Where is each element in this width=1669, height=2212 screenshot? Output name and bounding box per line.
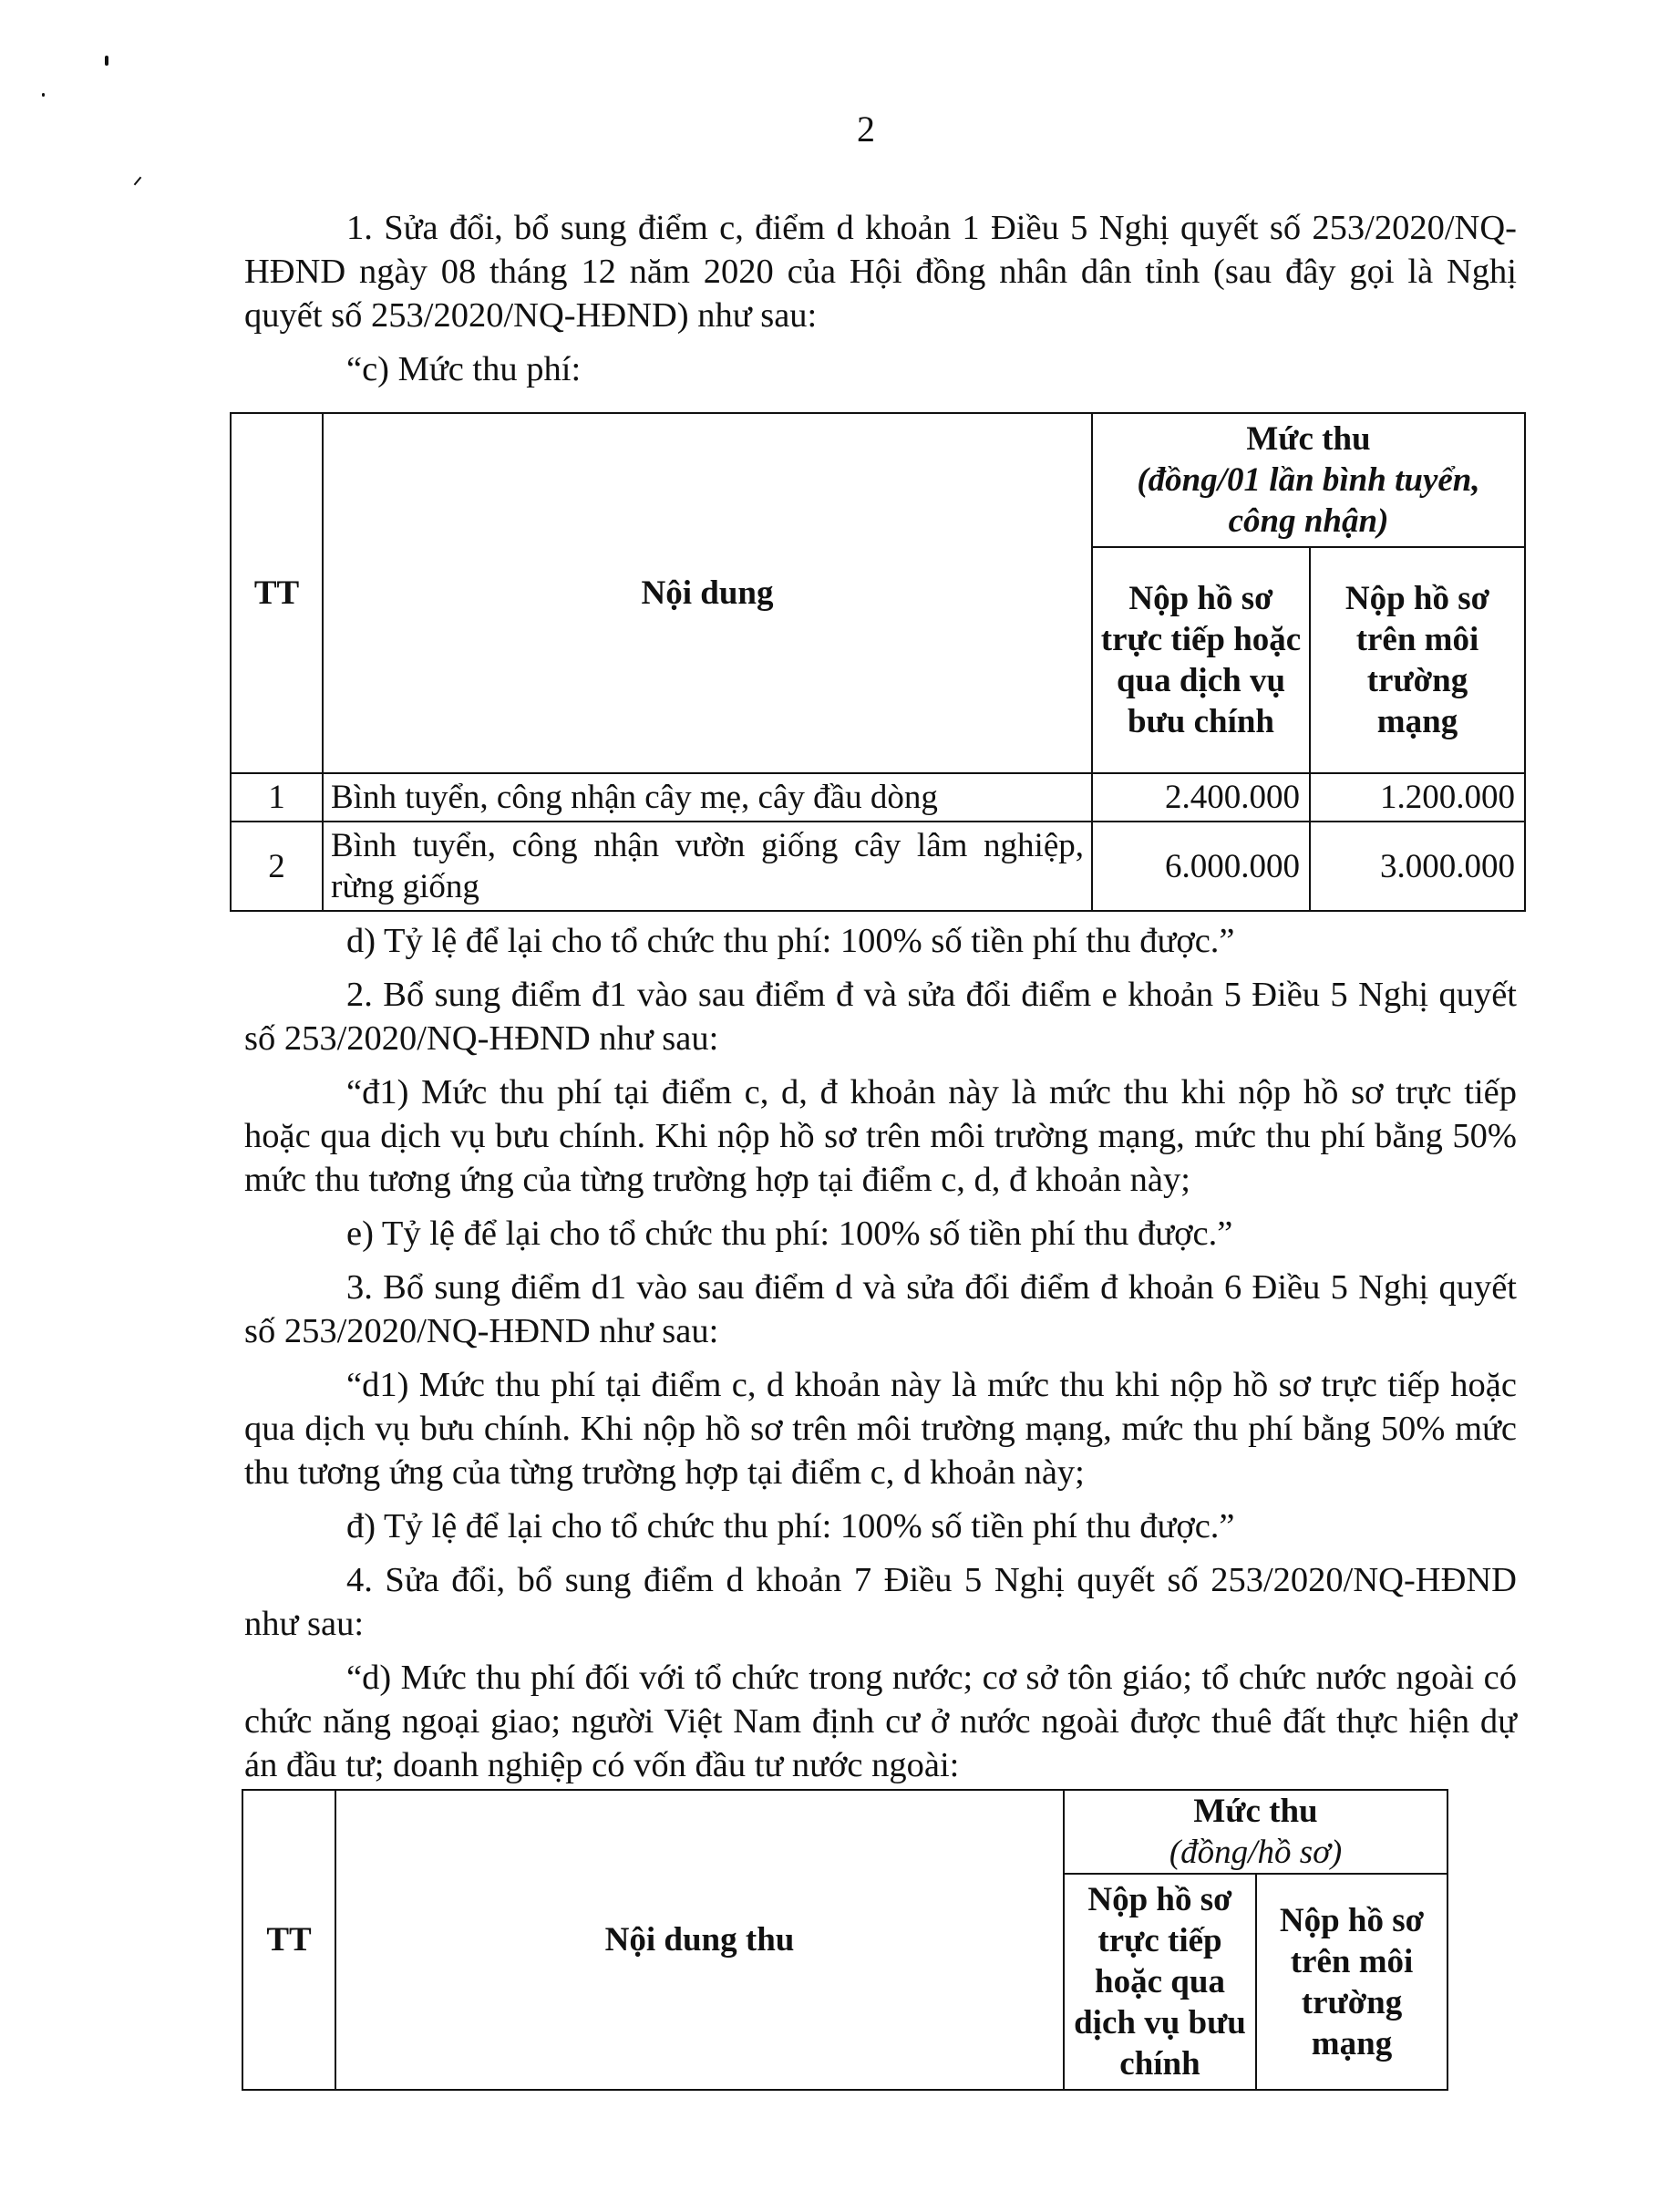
section-3-point-dd: đ) Tỷ lệ để lại cho tổ chức thu phí: 100… [244, 1504, 1517, 1548]
fee-table-2: TT Nội dung thu Mức thu (đồng/hồ sơ) Nộp… [242, 1789, 1448, 2091]
row-content: Bình tuyển, công nhận vườn giống cây lâm… [323, 822, 1092, 911]
header-online: Nộp hồ sơ trên môi trường mạng [1310, 547, 1525, 773]
header-online: Nộp hồ sơ trên môi trường mạng [1256, 1874, 1447, 2090]
section-4-intro: 4. Sửa đổi, bổ sung điểm d khoản 7 Điều … [244, 1558, 1517, 1646]
point-c-heading: “c) Mức thu phí: [244, 347, 1517, 391]
header-content: Nội dung thu [335, 1790, 1064, 2090]
section-4-point-d: “d) Mức thu phí đối với tổ chức trong nư… [244, 1656, 1517, 1787]
header-fee: Mức thu (đồng/hồ sơ) [1064, 1790, 1447, 1874]
section-3-intro: 3. Bổ sung điểm d1 vào sau điểm d và sửa… [244, 1266, 1517, 1353]
header-fee-unit: (đồng/01 lần bình tuyển, công nhận) [1100, 460, 1517, 542]
header-direct: Nộp hồ sơ trực tiếp hoặc qua dịch vụ bưu… [1092, 547, 1310, 773]
header-fee: Mức thu (đồng/01 lần bình tuyển, công nh… [1092, 413, 1525, 547]
row-direct-fee: 6.000.000 [1092, 822, 1310, 911]
header-fee-title: Mức thu [1072, 1791, 1439, 1832]
point-d-retention: d) Tỷ lệ để lại cho tổ chức thu phí: 100… [244, 919, 1517, 963]
row-content: Bình tuyển, công nhận cây mẹ, cây đầu dò… [323, 773, 1092, 822]
section-2-point-d1: “đ1) Mức thu phí tại điểm c, d, đ khoản … [244, 1070, 1517, 1202]
header-tt: TT [231, 413, 323, 773]
fee-table-1: TT Nội dung Mức thu (đồng/01 lần bình tu… [230, 412, 1526, 912]
row-tt: 1 [231, 773, 323, 822]
section-2-point-e: e) Tỷ lệ để lại cho tổ chức thu phí: 100… [244, 1212, 1517, 1256]
scan-speck [105, 56, 108, 66]
header-content: Nội dung [323, 413, 1092, 773]
row-online-fee: 1.200.000 [1310, 773, 1525, 822]
section-1: 1. Sửa đổi, bổ sung điểm c, điểm d khoản… [244, 206, 1517, 401]
section-2-intro: 2. Bổ sung điểm đ1 vào sau điểm đ và sửa… [244, 973, 1517, 1060]
row-online-fee: 3.000.000 [1310, 822, 1525, 911]
table-row: 2 Bình tuyển, công nhận vườn giống cây l… [231, 822, 1525, 911]
sections-1-to-4: d) Tỷ lệ để lại cho tổ chức thu phí: 100… [244, 919, 1517, 1787]
header-tt: TT [242, 1790, 335, 2090]
scan-speck [42, 93, 45, 97]
header-fee-title: Mức thu [1100, 419, 1517, 460]
page-number: 2 [0, 108, 1669, 151]
section-3-point-d1: “d1) Mức thu phí tại điểm c, d khoản này… [244, 1363, 1517, 1494]
row-direct-fee: 2.400.000 [1092, 773, 1310, 822]
header-fee-unit: (đồng/hồ sơ) [1072, 1832, 1439, 1873]
table-row: 1 Bình tuyển, công nhận cây mẹ, cây đầu … [231, 773, 1525, 822]
scan-speck [134, 177, 142, 186]
header-direct: Nộp hồ sơ trực tiếp hoặc qua dịch vụ bưu… [1064, 1874, 1256, 2090]
section-1-intro: 1. Sửa đổi, bổ sung điểm c, điểm d khoản… [244, 206, 1517, 337]
row-tt: 2 [231, 822, 323, 911]
